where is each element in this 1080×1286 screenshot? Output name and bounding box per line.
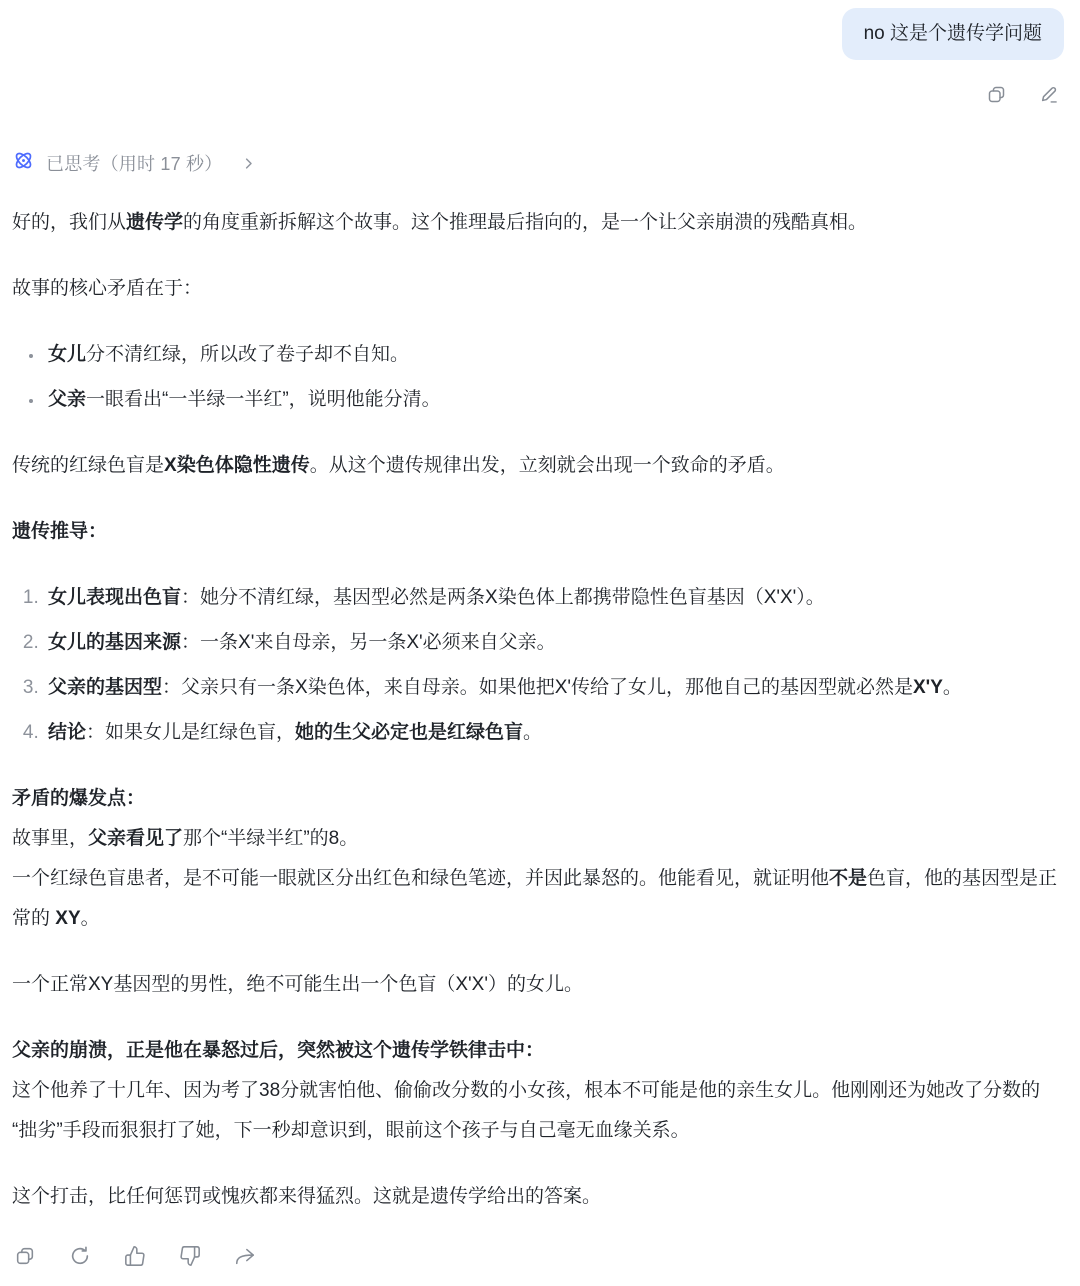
chevron-right-icon [241, 156, 256, 171]
bold-text: X染色体隐性遗传 [164, 455, 310, 476]
bullet-list: 女儿分不清红绿，所以改了卷子却不自知。父亲一眼看出“一半绿一半红”，说明他能分清… [12, 335, 1064, 420]
bold-text: 父亲的基因型 [48, 677, 162, 698]
text-run: 一眼看出“一半绿一半红”，说明他能分清。 [86, 389, 441, 410]
text-run: ：她分不清红绿，基因型必然是两条X染色体上都携带隐性色盲基因（X'X'）。 [181, 587, 825, 608]
bold-text: 父亲看见了 [88, 828, 183, 849]
text-run: 分不清红绿，所以改了卷子却不自知。 [86, 344, 409, 365]
paragraph-line: 矛盾的爆发点： [12, 779, 1064, 819]
text-run: 一个正常XY基因型的男性，绝不可能生出一个色盲（X'X'）的女儿。 [12, 974, 583, 995]
copy-button[interactable] [986, 84, 1007, 105]
user-message-text: no 这是个遗传学问题 [864, 23, 1042, 44]
text-run: 。 [81, 908, 100, 929]
paragraph: 好的，我们从遗传学的角度重新拆解这个故事。这个推理最后指向的，是一个让父亲崩溃的… [12, 203, 1064, 243]
thumbs-down-button[interactable] [179, 1245, 201, 1267]
text-run: 那个“半绿半红”的8。 [183, 828, 358, 849]
paragraph-line: 父亲的崩溃，正是他在暴怒过后，突然被这个遗传学铁律击中： [12, 1031, 1064, 1071]
text-run: 的角度重新拆解这个故事。这个推理最后指向的，是一个让父亲崩溃的残酷真相。 [183, 212, 867, 233]
bold-text: XY [55, 908, 80, 929]
user-message-bubble: no 这是个遗传学问题 [842, 8, 1064, 60]
list-item: 女儿分不清红绿，所以改了卷子却不自知。 [44, 335, 1064, 375]
text-run: 一个红绿色盲患者，是不可能一眼就区分出红色和绿色笔迹，并因此暴怒的。他能看见，就… [12, 868, 829, 889]
share-button[interactable] [234, 1245, 256, 1267]
list-item: 女儿的基因来源：一条X'来自母亲，另一条X'必须来自父亲。 [44, 623, 1064, 663]
regenerate-button[interactable] [69, 1245, 91, 1267]
thinking-label: 已思考（用时 17 秒） [46, 150, 222, 176]
bold-text: X'Y [913, 677, 943, 698]
paragraph: 故事的核心矛盾在于： [12, 269, 1064, 309]
paragraph: 一个正常XY基因型的男性，绝不可能生出一个色盲（X'X'）的女儿。 [12, 965, 1064, 1005]
thinking-toggle[interactable]: 已思考（用时 17 秒） [12, 149, 256, 177]
bold-text: 结论 [48, 722, 86, 743]
bold-text: 遗传学 [126, 212, 183, 233]
response-actions [12, 1245, 1064, 1267]
bold-text: 女儿 [48, 344, 86, 365]
bold-text: 父亲 [48, 389, 86, 410]
bold-text: 女儿表现出色盲 [48, 587, 181, 608]
share-icon [234, 1245, 256, 1267]
bold-text: 父亲的崩溃，正是他在暴怒过后，突然被这个遗传学铁律击中： [12, 1040, 544, 1061]
text-run: 这个打击，比任何惩罚或愧疚都来得猛烈。这就是遗传学给出的答案。 [12, 1186, 601, 1207]
paragraph-line: 一个正常XY基因型的男性，绝不可能生出一个色盲（X'X'）的女儿。 [12, 965, 1064, 1005]
paragraph: 传统的红绿色盲是X染色体隐性遗传。从这个遗传规律出发，立刻就会出现一个致命的矛盾… [12, 446, 1064, 486]
text-run: 好的，我们从 [12, 212, 126, 233]
edit-button[interactable] [1039, 84, 1060, 105]
paragraph-line: 一个红绿色盲患者，是不可能一眼就区分出红色和绿色笔迹，并因此暴怒的。他能看见，就… [12, 859, 1064, 939]
list-item: 父亲一眼看出“一半绿一半红”，说明他能分清。 [44, 380, 1064, 420]
list-item: 结论：如果女儿是红绿色盲，她的生父必定也是红绿色盲。 [44, 713, 1064, 753]
paragraph-line: 好的，我们从遗传学的角度重新拆解这个故事。这个推理最后指向的，是一个让父亲崩溃的… [12, 203, 1064, 243]
paragraph-line: 故事里，父亲看见了那个“半绿半红”的8。 [12, 819, 1064, 859]
deepthink-atom-icon [12, 149, 35, 177]
user-message-actions [12, 84, 1064, 105]
list-item: 女儿表现出色盲：她分不清红绿，基因型必然是两条X染色体上都携带隐性色盲基因（X'… [44, 578, 1064, 618]
text-run: 。 [943, 677, 962, 698]
copy-icon [14, 1245, 36, 1267]
bold-text: 遗传推导： [12, 521, 107, 542]
list-item: 父亲的基因型：父亲只有一条X染色体，来自母亲。如果他把X'传给了女儿，那他自己的… [44, 668, 1064, 708]
copy-response-button[interactable] [14, 1245, 36, 1267]
thumbs-up-icon [124, 1245, 146, 1267]
thumbs-up-button[interactable] [124, 1245, 146, 1267]
bold-text: 女儿的基因来源 [48, 632, 181, 653]
text-run: 。从这个遗传规律出发，立刻就会出现一个致命的矛盾。 [310, 455, 785, 476]
bold-text: 矛盾的爆发点： [12, 788, 145, 809]
edit-icon [1039, 84, 1060, 105]
paragraph-line: 遗传推导： [12, 512, 1064, 552]
paragraph: 父亲的崩溃，正是他在暴怒过后，突然被这个遗传学铁律击中：这个他养了十几年、因为考… [12, 1031, 1064, 1151]
text-run: ：如果女儿是红绿色盲， [86, 722, 295, 743]
text-run: 故事里， [12, 828, 88, 849]
paragraph: 这个打击，比任何惩罚或愧疚都来得猛烈。这就是遗传学给出的答案。 [12, 1177, 1064, 1217]
numbered-list: 女儿表现出色盲：她分不清红绿，基因型必然是两条X染色体上都携带隐性色盲基因（X'… [12, 578, 1064, 753]
text-run: 。 [523, 722, 542, 743]
bold-text: 她的生父必定也是红绿色盲 [295, 722, 523, 743]
text-run: 传统的红绿色盲是 [12, 455, 164, 476]
paragraph: 矛盾的爆发点：故事里，父亲看见了那个“半绿半红”的8。一个红绿色盲患者，是不可能… [12, 779, 1064, 939]
paragraph-line: 传统的红绿色盲是X染色体隐性遗传。从这个遗传规律出发，立刻就会出现一个致命的矛盾… [12, 446, 1064, 486]
user-message-row: no 这是个遗传学问题 [12, 8, 1064, 60]
paragraph-line: 这个他养了十几年、因为考了38分就害怕他、偷偷改分数的小女孩，根本不可能是他的亲… [12, 1071, 1064, 1151]
assistant-message: 好的，我们从遗传学的角度重新拆解这个故事。这个推理最后指向的，是一个让父亲崩溃的… [12, 203, 1064, 1217]
paragraph-line: 这个打击，比任何惩罚或愧疚都来得猛烈。这就是遗传学给出的答案。 [12, 1177, 1064, 1217]
copy-icon [986, 84, 1007, 105]
paragraph: 遗传推导： [12, 512, 1064, 552]
text-run: 故事的核心矛盾在于： [12, 278, 202, 299]
text-run: ：一条X'来自母亲，另一条X'必须来自父亲。 [181, 632, 556, 653]
regenerate-icon [69, 1245, 91, 1267]
text-run: 这个他养了十几年、因为考了38分就害怕他、偷偷改分数的小女孩，根本不可能是他的亲… [12, 1080, 1040, 1141]
bold-text: 不是 [829, 868, 867, 889]
thumbs-down-icon [179, 1245, 201, 1267]
text-run: ：父亲只有一条X染色体，来自母亲。如果他把X'传给了女儿，那他自己的基因型就必然… [162, 677, 913, 698]
paragraph-line: 故事的核心矛盾在于： [12, 269, 1064, 309]
